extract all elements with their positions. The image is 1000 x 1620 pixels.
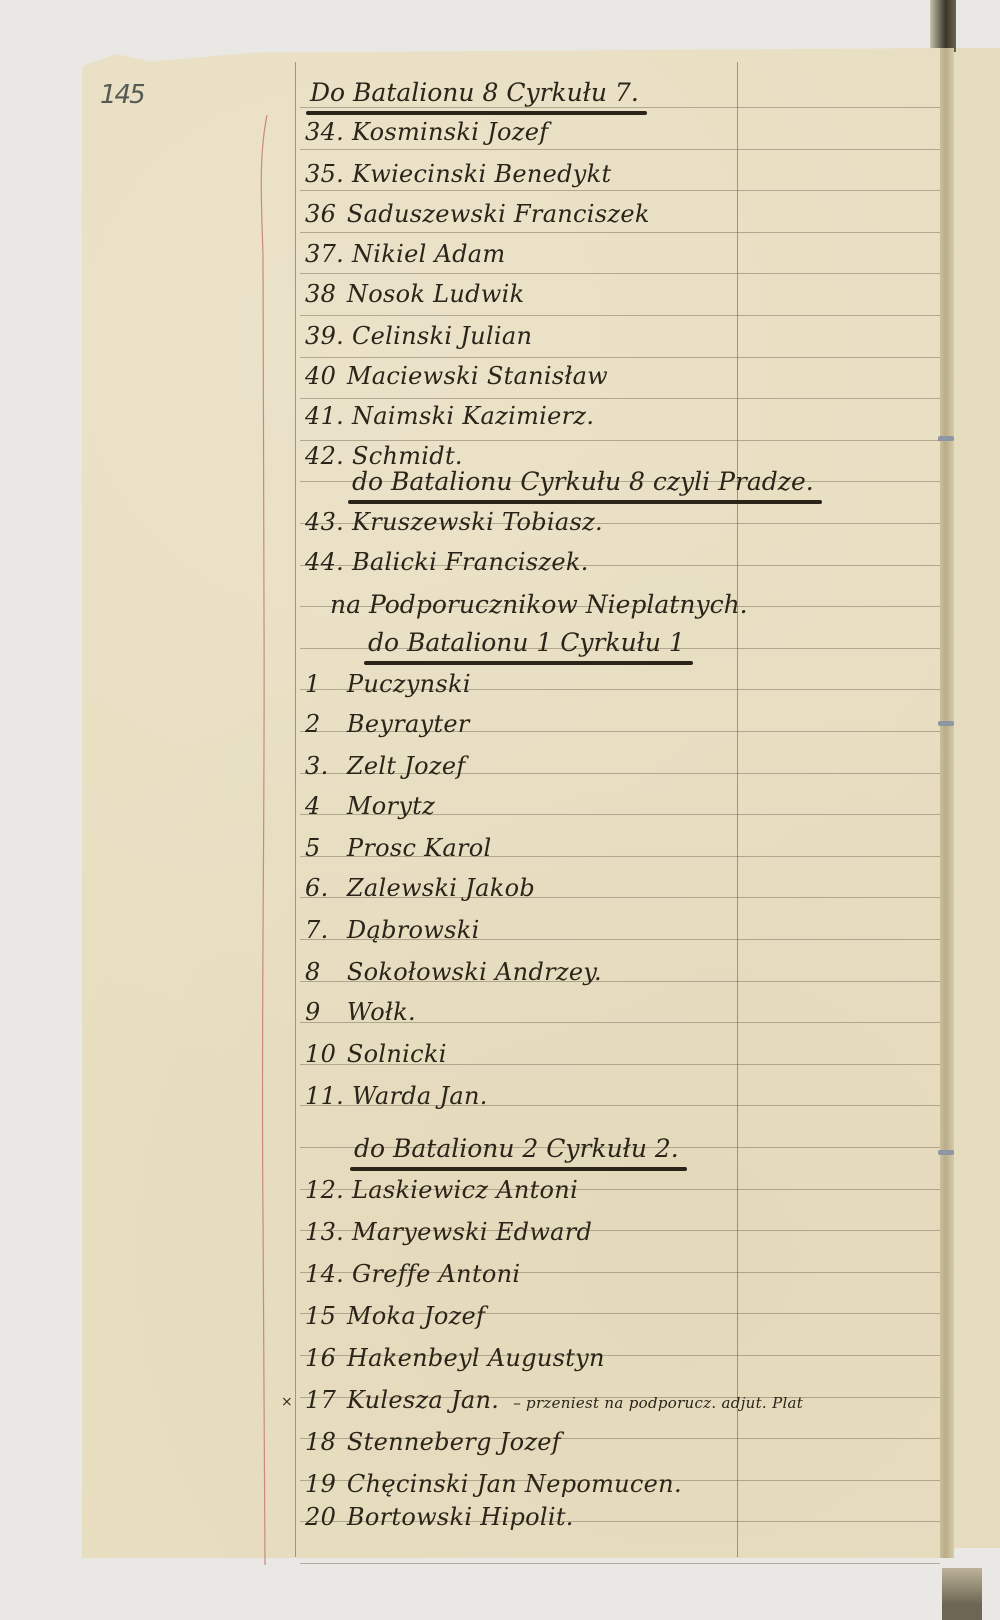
roster-entry: 16 Hakenbeyl Augustyn xyxy=(305,1344,605,1372)
heading-text: do Batalionu 2 Cyrkułu 2. xyxy=(354,1134,679,1163)
entry-number: 14. xyxy=(305,1260,344,1288)
entry-name: Solnicki xyxy=(339,1040,447,1068)
heading-underline xyxy=(350,1167,687,1171)
entry-name: Warda Jan. xyxy=(344,1082,488,1110)
entry-number: 11. xyxy=(305,1082,344,1110)
entry-name: Morytz xyxy=(339,792,435,820)
roster-entry: 38 Nosok Ludwik xyxy=(305,280,524,308)
entry-number: 1 xyxy=(305,670,339,698)
entry-name: Saduszewski Franciszek xyxy=(339,200,650,228)
folio-number: 145 xyxy=(100,80,144,110)
entry-number: 4 xyxy=(305,792,339,820)
entry-name: Puczynski xyxy=(339,670,471,698)
entry-number: 40 xyxy=(305,362,339,390)
entry-number: 8 xyxy=(305,958,339,986)
entry-name: Dąbrowski xyxy=(339,916,480,944)
entry-name: Moka Jozef xyxy=(339,1302,485,1330)
entry-number: 15 xyxy=(305,1302,339,1330)
entry-number: 41. xyxy=(305,402,344,430)
roster-entry: 19 Chęcinski Jan Nepomucen. xyxy=(305,1470,682,1498)
entry-number: 36 xyxy=(305,200,339,228)
entry-name: Kulesza Jan. xyxy=(339,1386,499,1414)
entry-number: 39. xyxy=(305,322,344,350)
entry-name: Kosminski Jozef xyxy=(344,118,548,146)
roster-entry: 42. Schmidt. xyxy=(305,442,463,470)
entry-name: Prosc Karol xyxy=(339,834,492,862)
binding-tab-bottom xyxy=(942,1568,982,1620)
roster-entry: ×17 Kulesza Jan.– przeniest na podporucz… xyxy=(305,1386,803,1414)
entry-number: 13. xyxy=(305,1218,344,1246)
entry-name: Stenneberg Jozef xyxy=(339,1428,561,1456)
entry-number: 37. xyxy=(305,240,344,268)
roster-entry: 1 Puczynski xyxy=(305,670,471,698)
roster-entry: 43. Kruszewski Tobiasz. xyxy=(305,508,603,536)
entry-number: 6. xyxy=(305,874,339,902)
entry-name: Nosok Ludwik xyxy=(339,280,524,308)
entry-name: Naimski Kazimierz. xyxy=(344,402,594,430)
entry-number: 20 xyxy=(305,1503,339,1531)
roster-entry: 4 Morytz xyxy=(305,792,435,820)
entry-number: 2 xyxy=(305,710,339,738)
entry-number: 3. xyxy=(305,752,339,780)
section-heading: do Batalionu 1 Cyrkułu 1 xyxy=(368,628,685,657)
roster-entry: 20 Bortowski Hipolit. xyxy=(305,1503,574,1531)
roster-entry: 40 Maciewski Stanisław xyxy=(305,362,608,390)
entry-number: 34. xyxy=(305,118,344,146)
heading-underline xyxy=(306,111,647,115)
entry-number: 42. xyxy=(305,442,344,470)
heading-text: do Batalionu 1 Cyrkułu 1 xyxy=(368,628,685,657)
entry-name: Celinski Julian xyxy=(344,322,532,350)
entry-number: 38 xyxy=(305,280,339,308)
adjacent-page-edge xyxy=(952,48,1000,1548)
red-margin-line xyxy=(255,115,275,1565)
right-column-rule xyxy=(737,62,738,1557)
roster-entry: 15 Moka Jozef xyxy=(305,1302,485,1330)
heading-underline xyxy=(348,500,822,504)
roster-entry: 39. Celinski Julian xyxy=(305,322,532,350)
staple-mark xyxy=(938,436,954,441)
entry-number: 5 xyxy=(305,834,339,862)
entry-name: Greffe Antoni xyxy=(344,1260,520,1288)
roster-entry: 11. Warda Jan. xyxy=(305,1082,488,1110)
entry-name: Maciewski Stanisław xyxy=(339,362,608,390)
roster-entry: 34. Kosminski Jozef xyxy=(305,118,548,146)
roster-entry: 3. Zelt Jozef xyxy=(305,752,466,780)
entry-number: 12. xyxy=(305,1176,344,1204)
entry-number: 7. xyxy=(305,916,339,944)
page-gutter-fold xyxy=(940,48,954,1558)
left-column-rule xyxy=(295,62,296,1557)
entry-number: 43. xyxy=(305,508,344,536)
ruled-line xyxy=(300,232,940,233)
entry-number: 19 xyxy=(305,1470,339,1498)
entry-name: Chęcinski Jan Nepomucen. xyxy=(339,1470,682,1498)
entry-name: Nikiel Adam xyxy=(344,240,505,268)
roster-entry: 44. Balicki Franciszek. xyxy=(305,548,589,576)
entry-name: Balicki Franciszek. xyxy=(344,548,589,576)
entry-number: 44. xyxy=(305,548,344,576)
ruled-line xyxy=(300,357,940,358)
entry-name: Sokołowski Andrzey. xyxy=(339,958,602,986)
roster-entry: 41. Naimski Kazimierz. xyxy=(305,402,594,430)
roster-entry: 13. Maryewski Edward xyxy=(305,1218,592,1246)
roster-entry: 12. Laskiewicz Antoni xyxy=(305,1176,578,1204)
entry-name: Schmidt. xyxy=(344,442,463,470)
roster-entry: 5 Prosc Karol xyxy=(305,834,492,862)
entry-name: Maryewski Edward xyxy=(344,1218,592,1246)
roster-entry: 35. Kwiecinski Benedykt xyxy=(305,160,611,188)
entry-number: 35. xyxy=(305,160,344,188)
roster-entry: 2 Beyrayter xyxy=(305,710,470,738)
manuscript-page xyxy=(82,48,944,1558)
staple-mark xyxy=(938,721,954,726)
ruled-line xyxy=(300,440,940,441)
entry-number: 17 xyxy=(305,1386,339,1414)
ruled-line xyxy=(300,398,940,399)
entry-name: Zelt Jozef xyxy=(339,752,466,780)
entry-number: 10 xyxy=(305,1040,339,1068)
heading-text: Do Batalionu 8 Cyrkułu 7. xyxy=(310,78,639,107)
entry-name: Kwiecinski Benedykt xyxy=(344,160,611,188)
entry-marker: × xyxy=(281,1394,293,1410)
entry-annotation: – przeniest na podporucz. adjut. Plat xyxy=(513,1394,803,1412)
section-heading: Do Batalionu 8 Cyrkułu 7. xyxy=(310,78,639,107)
ruled-line xyxy=(300,315,940,316)
roster-entry: 9 Wołk. xyxy=(305,998,416,1026)
entry-name: Bortowski Hipolit. xyxy=(339,1503,574,1531)
ruled-line xyxy=(300,1563,940,1564)
subsection-title: na Podporucznikow Nieplatnych. xyxy=(330,590,748,619)
ruled-line xyxy=(300,149,940,150)
roster-entry: 14. Greffe Antoni xyxy=(305,1260,520,1288)
entry-name: Zalewski Jakob xyxy=(339,874,535,902)
binding-tab-top xyxy=(930,0,956,52)
entry-name: Kruszewski Tobiasz. xyxy=(344,508,603,536)
roster-entry: 36 Saduszewski Franciszek xyxy=(305,200,650,228)
roster-entry: 7. Dąbrowski xyxy=(305,916,480,944)
roster-entry: 10 Solnicki xyxy=(305,1040,447,1068)
ruled-line xyxy=(300,190,940,191)
entry-name: Hakenbeyl Augustyn xyxy=(339,1344,605,1372)
entry-name: Wołk. xyxy=(339,998,416,1026)
roster-entry: 18 Stenneberg Jozef xyxy=(305,1428,561,1456)
entry-name: Beyrayter xyxy=(339,710,470,738)
roster-entry: 37. Nikiel Adam xyxy=(305,240,505,268)
roster-entry: 8 Sokołowski Andrzey. xyxy=(305,958,602,986)
section-heading: do Batalionu 2 Cyrkułu 2. xyxy=(354,1134,679,1163)
entry-number: 16 xyxy=(305,1344,339,1372)
heading-underline xyxy=(364,661,693,665)
heading-text: do Batalionu Cyrkułu 8 czyli Pradze. xyxy=(352,467,814,496)
section-heading: do Batalionu Cyrkułu 8 czyli Pradze. xyxy=(352,467,814,496)
staple-mark xyxy=(938,1150,954,1155)
entry-number: 9 xyxy=(305,998,339,1026)
entry-number: 18 xyxy=(305,1428,339,1456)
roster-entry: 6. Zalewski Jakob xyxy=(305,874,535,902)
heading-text: na Podporucznikow Nieplatnych. xyxy=(330,590,748,619)
ruled-line xyxy=(300,107,940,108)
entry-name: Laskiewicz Antoni xyxy=(344,1176,578,1204)
ruled-line xyxy=(300,273,940,274)
